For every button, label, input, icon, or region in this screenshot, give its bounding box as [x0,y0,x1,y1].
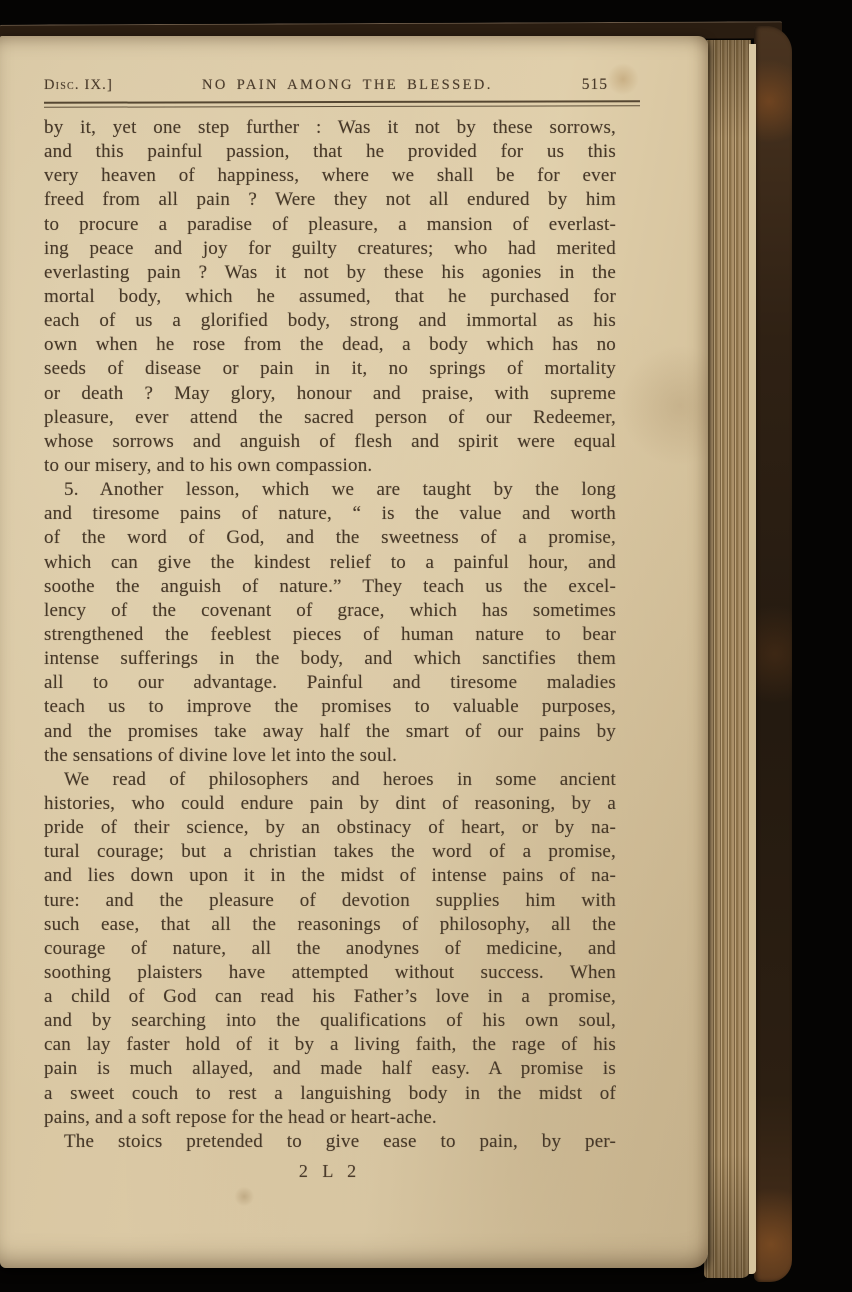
text-line: ture: and the pleasure of devotion suppl… [44,889,616,913]
page-text: by it, yet one step further : Was it not… [44,116,616,1154]
text-line: soothe the anguish of nature.” They teac… [44,575,616,599]
header-running-title: NO PAIN AMONG THE BLESSED. [202,77,493,94]
text-line: courage of nature, all the anodynes of m… [44,937,616,961]
text-line: and by searching into the qualifications… [44,1009,616,1033]
text-line: seeds of disease or pain in it, no sprin… [44,357,616,381]
text-line: and this painful passion, that he provid… [44,140,616,164]
text-line: ing peace and joy for guilty creatures; … [44,237,616,261]
text-line: a child of God can read his Father’s lov… [44,985,616,1009]
text-line: We read of philosophers and heroes in so… [44,768,616,792]
text-line: everlasting pain ? Was it not by these h… [44,261,616,285]
text-line: each of us a glorified body, strong and … [44,309,616,333]
text-line: and the promises take away half the smar… [44,720,616,744]
text-line: freed from all pain ? Were they not all … [44,188,616,212]
text-line: all to our advantage. Painful and tireso… [44,671,616,695]
text-line: tural courage; but a christian takes the… [44,840,616,864]
text-line: very heaven of happiness, where we shall… [44,164,616,188]
text-line: pain is much allayed, and made half easy… [44,1057,616,1081]
text-line: lency of the covenant of grace, which ha… [44,599,616,623]
text-line: mortal body, which he assumed, that he p… [44,285,616,309]
photo-background: Disc. IX.] NO PAIN AMONG THE BLESSED. 51… [0,0,852,1292]
text-line: and tiresome pains of nature, “ is the v… [44,502,616,526]
text-line: can lay faster hold of it by a living fa… [44,1033,616,1057]
book-fore-edge-pages [704,40,751,1278]
signature-mark: 2 L 2 [44,1161,616,1182]
text-line: the sensations of divine love let into t… [44,744,616,768]
text-line: of the word of God, and the sweetness of… [44,526,616,550]
text-block: Disc. IX.] NO PAIN AMONG THE BLESSED. 51… [44,76,616,1182]
text-line: pains, and a soft repose for the head or… [44,1106,616,1130]
text-line: histories, who could endure pain by dint… [44,792,616,816]
text-line: to our misery, and to his own compassion… [44,454,616,478]
text-line: 5. Another lesson, which we are taught b… [44,478,616,502]
header-rule [44,100,640,108]
text-line: whose sorrows and anguish of flesh and s… [44,430,616,454]
page-number: 515 [582,76,608,94]
page-edge-strip [749,44,756,1274]
text-line: strengthened the feeblest pieces of huma… [44,623,616,647]
text-line: or death ? May glory, honour and praise,… [44,382,616,406]
text-line: pleasure, ever attend the sacred person … [44,406,616,430]
text-line: by it, yet one step further : Was it not… [44,116,616,140]
text-line: which can give the kindest relief to a p… [44,551,616,575]
book-page: Disc. IX.] NO PAIN AMONG THE BLESSED. 51… [0,36,708,1268]
text-line: soothing plaisters have attempted withou… [44,961,616,985]
text-line: such ease, that all the reasonings of ph… [44,913,616,937]
page-header: Disc. IX.] NO PAIN AMONG THE BLESSED. 51… [44,76,616,94]
header-section-label: Disc. IX.] [44,77,113,94]
text-line: and lies down upon it in the midst of in… [44,864,616,888]
text-line: The stoics pretended to give ease to pai… [44,1130,616,1154]
text-line: to procure a paradise of pleasure, a man… [44,213,616,237]
book-cover-right-edge [754,26,792,1282]
text-line: pride of their science, by an obstinacy … [44,816,616,840]
text-line: a sweet couch to rest a languishing body… [44,1082,616,1106]
text-line: teach us to improve the promises to valu… [44,695,616,719]
text-line: own when he rose from the dead, a body w… [44,333,616,357]
text-line: intense sufferings in the body, and whic… [44,647,616,671]
